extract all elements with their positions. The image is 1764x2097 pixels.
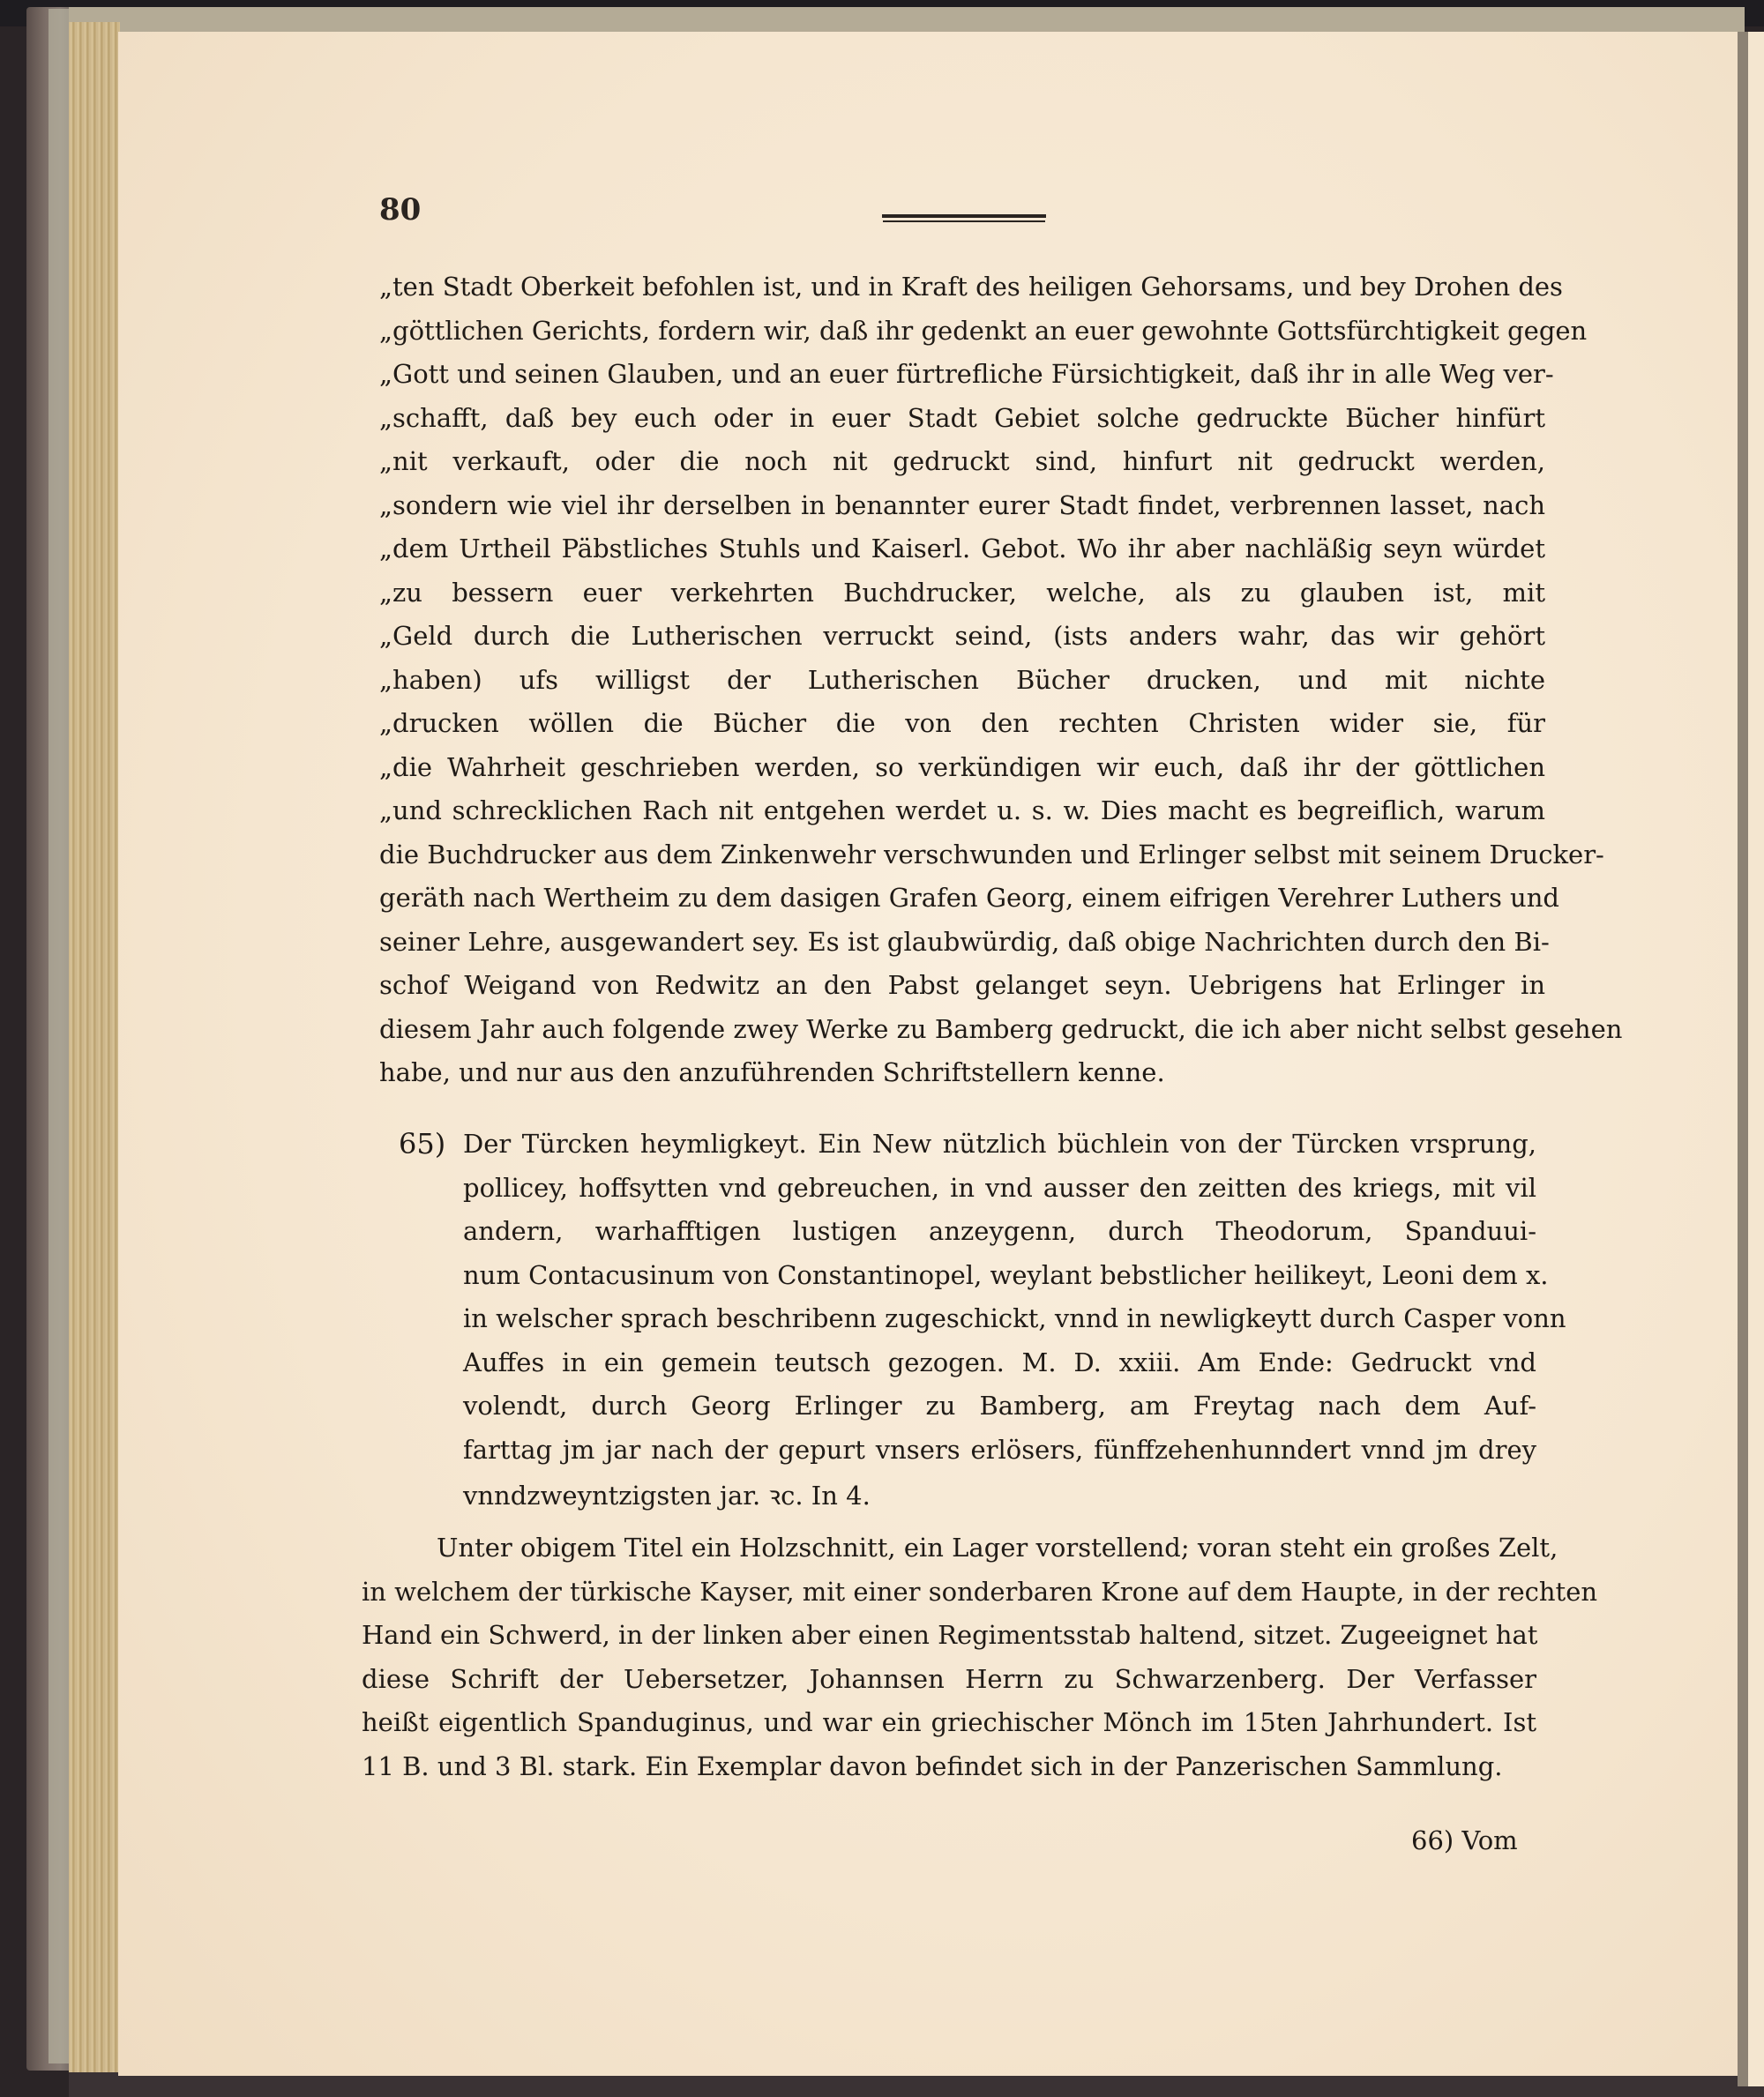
entry-line: Der Türcken heymligkeyt. Ein New nützlic… xyxy=(463,1129,1536,1159)
text-line: 11 B. und 3 Bl. stark. Ein Exemplar davo… xyxy=(362,1751,1536,1781)
text-line: die Buchdrucker aus dem Zinkenwehr versc… xyxy=(379,840,1545,869)
cover-edge xyxy=(49,9,71,2063)
text-line: „göttlichen Gerichts, fordern wir, daß i… xyxy=(379,316,1545,346)
text-line: „ten Stadt Oberkeit befohlen ist, und in… xyxy=(379,272,1545,302)
text-line: „haben) ufs willigst der Lutherischen Bü… xyxy=(379,665,1545,695)
page-block-edges xyxy=(69,22,120,2072)
text-line: Unter obigem Titel ein Holzschnitt, ein … xyxy=(437,1533,1536,1563)
text-line: „Gott und seinen Glauben, und an euer fü… xyxy=(379,359,1545,389)
text-line: schof Weigand von Redwitz an den Pabst g… xyxy=(379,970,1545,1000)
entry-line: num Contacusinum von Constantinopel, wey… xyxy=(463,1260,1536,1290)
text-line: in welchem der türkische Kayser, mit ein… xyxy=(362,1577,1536,1607)
text-line: diese Schrift der Uebersetzer, Johannsen… xyxy=(362,1664,1536,1694)
entry-line: andern, warhafftigen lustigen anzeygenn,… xyxy=(463,1216,1536,1246)
page-number: 80 xyxy=(379,192,421,228)
entry-line: Auffes in ein gemein teutsch gezogen. M.… xyxy=(463,1347,1536,1377)
book-top-edge xyxy=(69,7,1745,34)
scan-background-bottom xyxy=(69,2072,1764,2097)
catchword: 66) Vom xyxy=(1411,1825,1518,1855)
text-line: „Geld durch die Lutherischen verruckt se… xyxy=(379,621,1545,651)
facing-page-edge xyxy=(1748,32,1764,2086)
text-line: „dem Urtheil Päbstliches Stuhls und Kais… xyxy=(379,534,1545,563)
description-paragraph: Unter obigem Titel ein Holzschnitt, ein … xyxy=(362,1533,1536,1797)
entry-line: pollicey, hoffsytten vnd gebreuchen, in … xyxy=(463,1173,1536,1203)
text-line: Hand ein Schwerd, in der linken aber ein… xyxy=(362,1620,1536,1650)
text-line: „schafft, daß bey euch oder in euer Stad… xyxy=(379,403,1545,433)
entry-line: volendt, durch Georg Erlinger zu Bamberg… xyxy=(463,1391,1536,1421)
text-line: „zu bessern euer verkehrten Buchdrucker,… xyxy=(379,578,1545,608)
entry-line: in welscher sprach beschribenn zugeschic… xyxy=(463,1303,1536,1333)
text-line: „nit verkauft, oder die noch nit gedruck… xyxy=(379,446,1545,476)
bibliographic-entry: Der Türcken heymligkeyt. Ein New nützlic… xyxy=(463,1129,1536,1534)
text-line: „die Wahrheit geschrieben werden, so ver… xyxy=(379,752,1545,782)
header-rule xyxy=(882,214,1046,218)
entry-number: 65) xyxy=(399,1127,445,1160)
text-line: „sondern wie viel ihr derselben in benan… xyxy=(379,490,1545,520)
quote-paragraph: „ten Stadt Oberkeit befohlen ist, und in… xyxy=(379,272,1545,1109)
entry-line: farttag jm jar nach der gepurt vnsers er… xyxy=(463,1435,1536,1465)
text-line: „drucken wöllen die Bücher die von den r… xyxy=(379,708,1545,738)
text-line: geräth nach Wertheim zu dem dasigen Graf… xyxy=(379,883,1545,913)
entry-line: vnndzweyntzigsten jar. ꝛc. In 4. xyxy=(463,1478,1536,1512)
text-line: seiner Lehre, ausgewandert sey. Es ist g… xyxy=(379,927,1545,957)
text-line: habe, und nur aus den anzuführenden Schr… xyxy=(379,1057,1545,1087)
text-line: „und schrecklichen Rach nit entgehen wer… xyxy=(379,795,1545,825)
text-line: heißt eigentlich Spanduginus, und war ei… xyxy=(362,1707,1536,1737)
text-line: diesem Jahr auch folgende zwey Werke zu … xyxy=(379,1014,1545,1044)
book-gutter xyxy=(1738,32,1748,2086)
